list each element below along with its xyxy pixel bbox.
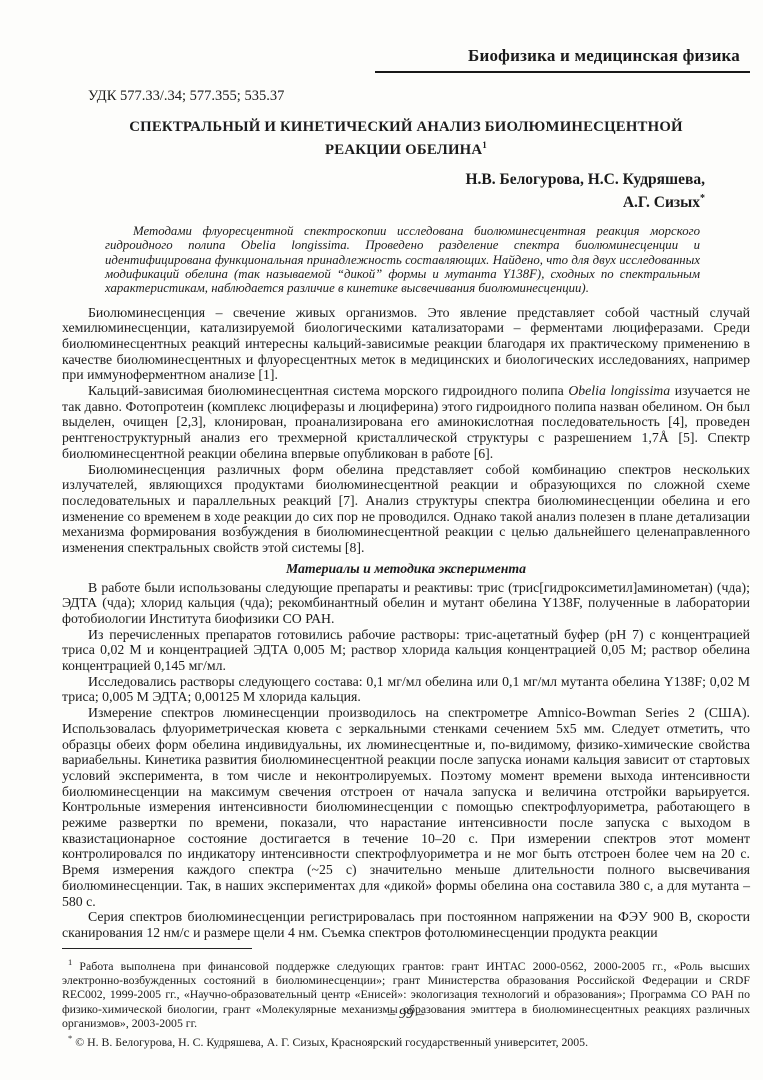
footnote-divider bbox=[62, 948, 252, 949]
section-heading: Материалы и методика эксперимента bbox=[62, 561, 750, 577]
authors-line1: Н.В. Белогурова, Н.С. Кудряшева, bbox=[62, 170, 705, 190]
footnote: * © Н. В. Белогурова, Н. С. Кудряшева, А… bbox=[62, 1031, 750, 1049]
journal-section-title: Биофизика и медицинская физика bbox=[468, 46, 740, 65]
authors-block: Н.В. Белогурова, Н.С. Кудряшева, А.Г. Си… bbox=[62, 170, 750, 213]
running-header: Биофизика и медицинская физика bbox=[62, 46, 750, 73]
body-paragraph: Исследовались растворы следующего состав… bbox=[62, 674, 750, 705]
body-paragraph: Кальций-зависимая биолюминесцентная сист… bbox=[62, 383, 750, 462]
article-body: Биолюминесценция – свечение живых органи… bbox=[62, 305, 750, 941]
article-title: СПЕКТРАЛЬНЫЙ И КИНЕТИЧЕСКИЙ АНАЛИЗ БИОЛЮ… bbox=[62, 118, 750, 159]
article-title-line2: РЕАКЦИИ ОБЕЛИНА bbox=[325, 142, 482, 158]
authors-line2: А.Г. Сизых* bbox=[62, 189, 705, 213]
body-paragraph: Серия спектров биолюминесценции регистри… bbox=[62, 909, 750, 940]
abstract: Методами флуоресцентной спектроскопии ис… bbox=[105, 224, 700, 295]
footnote-list: 1 Работа выполнена при финансовой поддер… bbox=[62, 955, 750, 1049]
udc-code: УДК 577.33/.34; 577.355; 535.37 bbox=[62, 88, 750, 105]
running-header-rule: Биофизика и медицинская физика bbox=[375, 46, 750, 73]
footnotes-block: 1 Работа выполнена при финансовой поддер… bbox=[62, 948, 750, 1049]
body-paragraph: Биолюминесценция – свечение живых органи… bbox=[62, 305, 750, 384]
page-number: – 99 – bbox=[62, 1006, 750, 1023]
body-paragraph: В работе были использованы следующие пре… bbox=[62, 580, 750, 627]
body-paragraph: Биолюминесценция различных форм обелина … bbox=[62, 462, 750, 556]
body-paragraph: Измерение спектров люминесценции произво… bbox=[62, 705, 750, 909]
article-title-line1: СПЕКТРАЛЬНЫЙ И КИНЕТИЧЕСКИЙ АНАЛИЗ БИОЛЮ… bbox=[129, 119, 683, 135]
authors-footnote-mark: * bbox=[700, 193, 705, 204]
title-footnote-mark: 1 bbox=[482, 140, 487, 150]
journal-page: Биофизика и медицинская физика УДК 577.3… bbox=[0, 0, 763, 1080]
body-paragraph: Из перечисленных препаратов готовились р… bbox=[62, 627, 750, 674]
